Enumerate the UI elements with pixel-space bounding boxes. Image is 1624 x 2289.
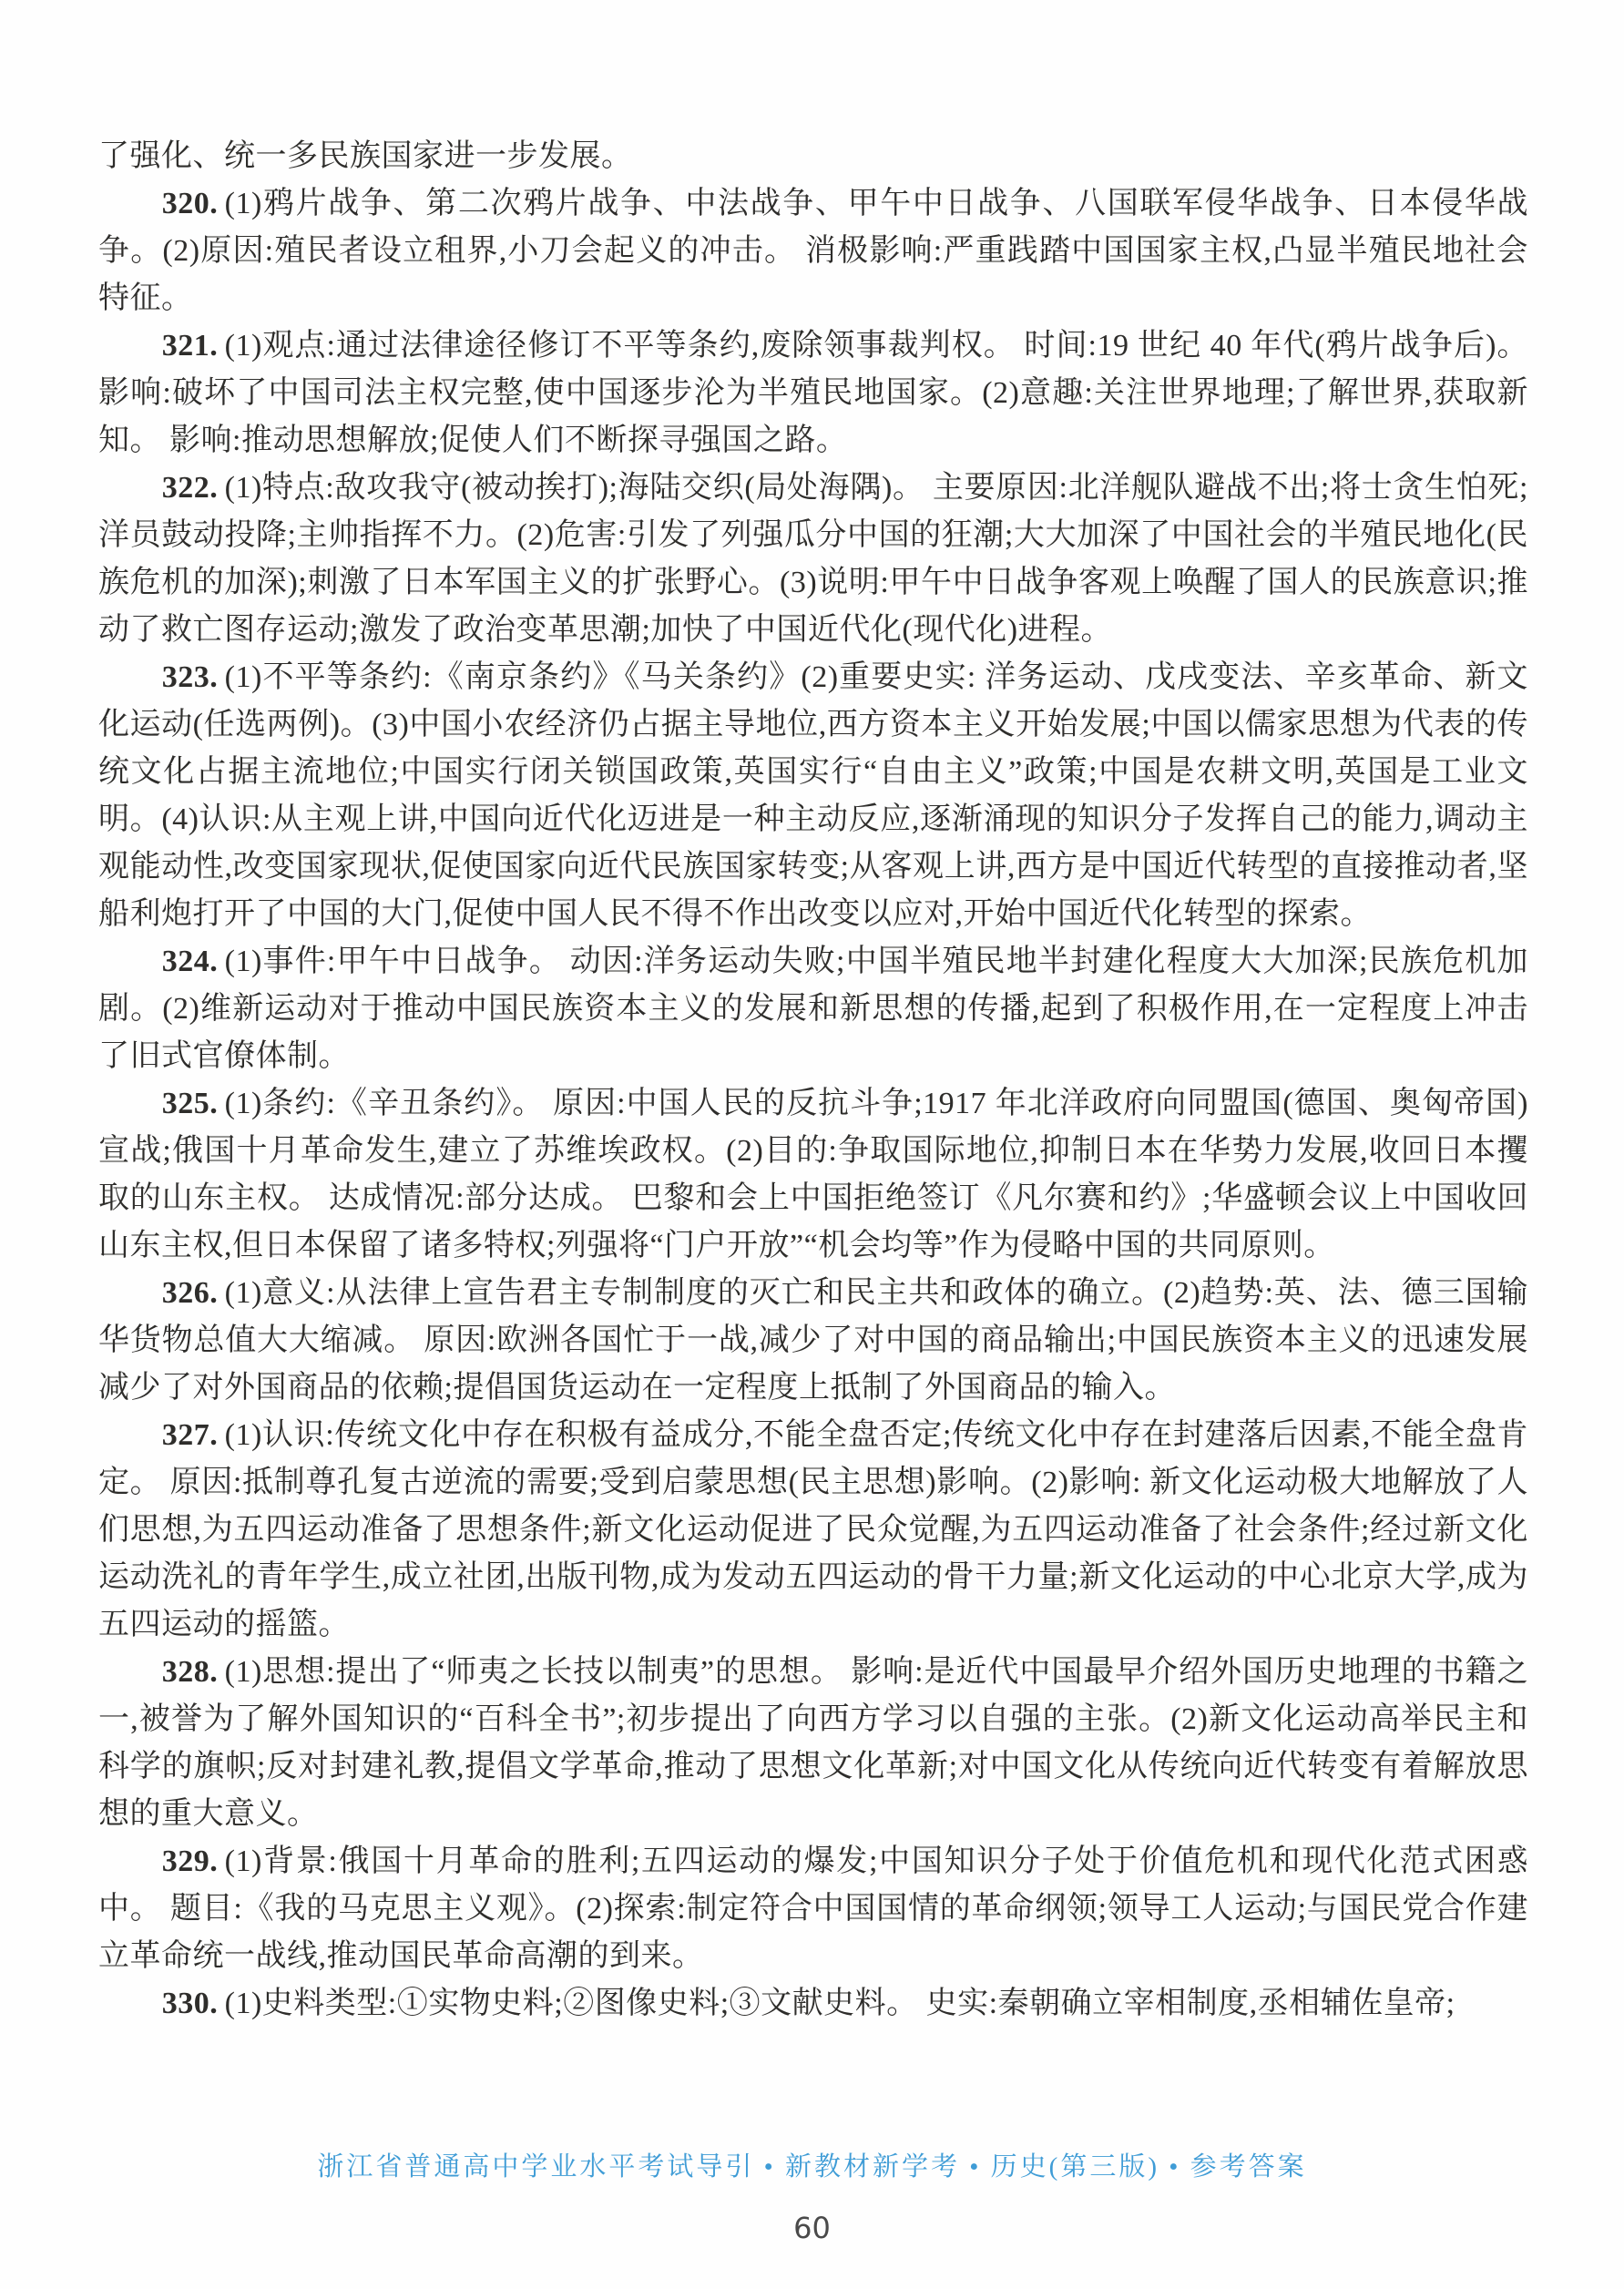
answer-paragraph-327: 327.(1)认识:传统文化中存在积极有益成分,不能全盘否定;传统文化中存在封建… xyxy=(98,1412,1528,1649)
book-footer-title: 浙江省普通高中学业水平考试导引 • 新教材新学考 • 历史(第三版) • 参考答… xyxy=(0,2146,1624,2183)
answer-number: 321. xyxy=(162,329,219,363)
answer-text: (1)条约:《辛丑条约》。 原因:中国人民的反抗斗争;1917 年北洋政府向同盟… xyxy=(98,1087,1528,1262)
continuation-paragraph: 了强化、统一多民族国家进一步发展。 xyxy=(98,133,1528,180)
answer-paragraph-320: 320.(1)鸦片战争、第二次鸦片战争、中法战争、甲午中日战争、八国联军侵华战争… xyxy=(98,180,1528,322)
answer-paragraph-321: 321.(1)观点:通过法律途径修订不平等条约,废除领事裁判权。 时间:19 世… xyxy=(98,322,1528,465)
answer-number: 320. xyxy=(162,187,219,220)
answer-key-page: 了强化、统一多民族国家进一步发展。 320.(1)鸦片战争、第二次鸦片战争、中法… xyxy=(0,0,1624,2289)
answer-number: 328. xyxy=(162,1655,219,1689)
answer-number: 327. xyxy=(162,1418,219,1452)
answer-paragraph-328: 328.(1)思想:提出了“师夷之长技以制夷”的思想。 影响:是近代中国最早介绍… xyxy=(98,1649,1528,1838)
answer-paragraph-322: 322.(1)特点:敌攻我守(被动挨打);海陆交织(局处海隅)。 主要原因:北洋… xyxy=(98,465,1528,654)
answer-number: 326. xyxy=(162,1276,219,1310)
answer-text: (1)观点:通过法律途径修订不平等条约,废除领事裁判权。 时间:19 世纪 40… xyxy=(98,329,1528,457)
answer-paragraph-330: 330.(1)史料类型:①实物史料;②图像史料;③文献史料。 史实:秦朝确立宰相… xyxy=(98,1980,1528,2028)
answer-text: (1)鸦片战争、第二次鸦片战争、中法战争、甲午中日战争、八国联军侵华战争、日本侵… xyxy=(98,187,1528,315)
answer-text: (1)意义:从法律上宣告君主专制制度的灭亡和民主共和政体的确立。(2)趋势:英、… xyxy=(98,1276,1528,1405)
page-number: 60 xyxy=(0,2211,1624,2245)
answer-text: (1)不平等条约:《南京条约》《马关条约》(2)重要史实: 洋务运动、戊戌变法、… xyxy=(98,660,1528,931)
answer-number: 322. xyxy=(162,471,219,505)
answer-paragraph-326: 326.(1)意义:从法律上宣告君主专制制度的灭亡和民主共和政体的确立。(2)趋… xyxy=(98,1270,1528,1412)
answer-paragraph-325: 325.(1)条约:《辛丑条约》。 原因:中国人民的反抗斗争;1917 年北洋政… xyxy=(98,1080,1528,1270)
answer-text: (1)思想:提出了“师夷之长技以制夷”的思想。 影响:是近代中国最早介绍外国历史… xyxy=(98,1655,1528,1831)
answer-paragraph-329: 329.(1)背景:俄国十月革命的胜利;五四运动的爆发;中国知识分子处于价值危机… xyxy=(98,1838,1528,1980)
answer-text: (1)史料类型:①实物史料;②图像史料;③文献史料。 史实:秦朝确立宰相制度,丞… xyxy=(225,1987,1455,2020)
answer-number: 329. xyxy=(162,1844,219,1878)
answer-number: 325. xyxy=(162,1087,219,1120)
answers-text-block: 了强化、统一多民族国家进一步发展。 320.(1)鸦片战争、第二次鸦片战争、中法… xyxy=(98,133,1528,2028)
answer-paragraph-324: 324.(1)事件:甲午中日战争。 动因:洋务运动失败;中国半殖民地半封建化程度… xyxy=(98,938,1528,1080)
answer-number: 324. xyxy=(162,945,219,978)
answer-number: 330. xyxy=(162,1987,219,2020)
answer-text: (1)特点:敌攻我守(被动挨打);海陆交织(局处海隅)。 主要原因:北洋舰队避战… xyxy=(98,471,1528,647)
answer-text: (1)事件:甲午中日战争。 动因:洋务运动失败;中国半殖民地半封建化程度大大加深… xyxy=(98,945,1528,1073)
answer-text: (1)背景:俄国十月革命的胜利;五四运动的爆发;中国知识分子处于价值危机和现代化… xyxy=(98,1844,1528,1973)
answer-text: (1)认识:传统文化中存在积极有益成分,不能全盘否定;传统文化中存在封建落后因素… xyxy=(98,1418,1528,1641)
paragraph-text: 了强化、统一多民族国家进一步发展。 xyxy=(98,139,633,173)
answer-number: 323. xyxy=(162,660,219,694)
answer-paragraph-323: 323.(1)不平等条约:《南京条约》《马关条约》(2)重要史实: 洋务运动、戊… xyxy=(98,654,1528,938)
